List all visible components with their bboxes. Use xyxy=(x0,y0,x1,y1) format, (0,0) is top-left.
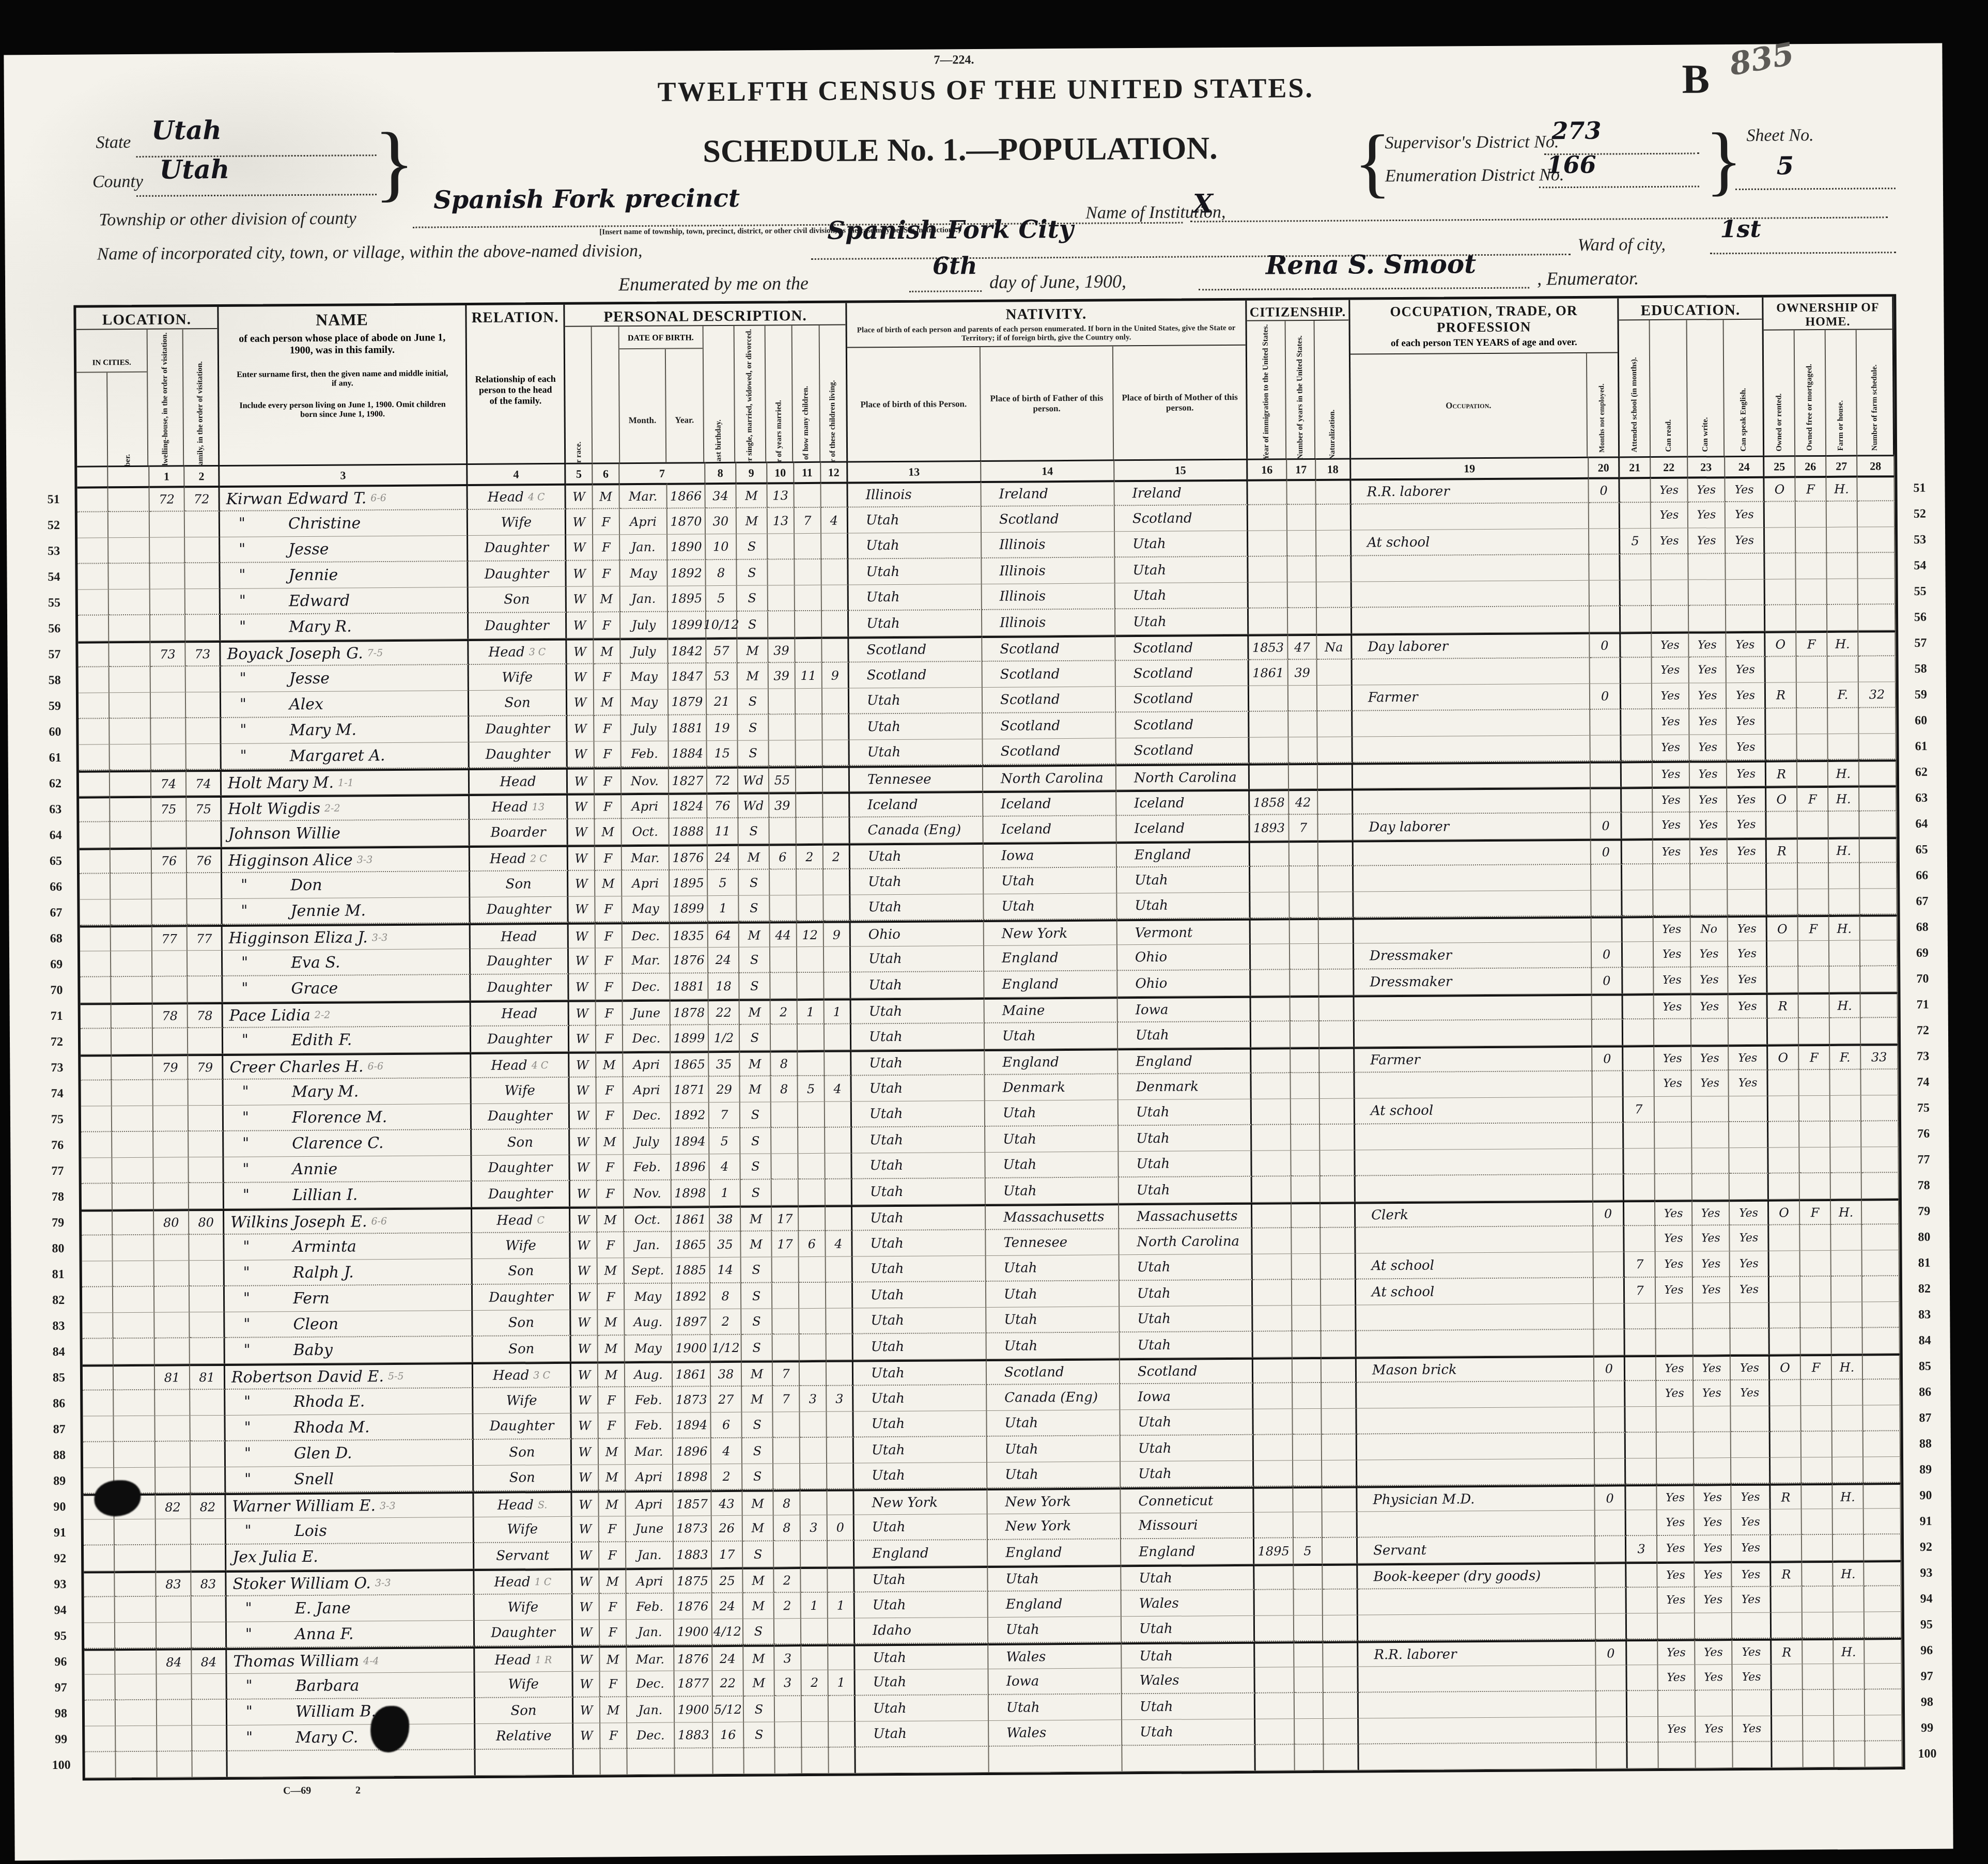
by-value: 1881 xyxy=(672,721,703,735)
cell-house xyxy=(109,589,150,615)
cell-pf: Illinois xyxy=(982,583,1115,610)
cell-pb: Utah xyxy=(853,1308,986,1334)
cell-pm xyxy=(1122,1745,1255,1772)
person-name: Creer Charles H. xyxy=(229,1058,363,1077)
cell-occ xyxy=(1355,1149,1593,1176)
cell-en: Yes xyxy=(1728,915,1767,941)
cell-dw: 76 xyxy=(152,847,187,873)
cell-mc xyxy=(798,1024,825,1050)
dw-value: 77 xyxy=(161,931,177,946)
by-value: 1875 xyxy=(677,1574,708,1588)
cell-street xyxy=(79,796,110,822)
cell-street xyxy=(81,1132,112,1158)
cell-dw xyxy=(152,899,187,925)
by-value: 1861 xyxy=(675,1367,707,1381)
cell-ym: 39 xyxy=(769,663,796,689)
cell-color: W xyxy=(572,1465,599,1491)
cell-sex: F xyxy=(593,509,620,535)
ms-value: M xyxy=(747,850,760,865)
line-number: 98 xyxy=(44,1701,78,1727)
cell-bm xyxy=(627,1749,675,1775)
yu-value: 42 xyxy=(1295,795,1311,810)
nativity-title: NATIVITY. xyxy=(847,301,1245,324)
cell-pm: Scotland xyxy=(1116,686,1249,713)
name-sub: of each person whose place of abode on J… xyxy=(219,329,465,357)
cell-age: 5/12 xyxy=(713,1697,744,1722)
relation-value: Son xyxy=(507,1135,533,1150)
cell-street xyxy=(81,1106,112,1132)
bm-value: Mar. xyxy=(629,489,658,504)
cell-en xyxy=(1728,864,1767,890)
cell-rel: Wife xyxy=(469,664,567,691)
cell-nat xyxy=(1319,1021,1355,1047)
cell-own xyxy=(1770,1432,1801,1457)
bm-value: May xyxy=(632,902,659,916)
cell-cl xyxy=(828,1644,855,1670)
cell-yu xyxy=(1292,1202,1321,1228)
cell-color: W xyxy=(569,1026,596,1052)
cell-street xyxy=(83,1416,114,1442)
cell-ms: M xyxy=(736,482,767,508)
cell-dw: 75 xyxy=(151,796,187,821)
cell-fs: 33 xyxy=(1861,1044,1898,1069)
cell-own: O xyxy=(1770,1354,1801,1380)
cell-fs: 32 xyxy=(1859,682,1896,708)
cell-pf: Massachusetts xyxy=(986,1203,1119,1230)
cell-by: 1866 xyxy=(667,483,705,508)
cell-rel: Head2 C xyxy=(470,845,568,872)
ms-value: M xyxy=(749,1082,762,1096)
pf-value: Illinois xyxy=(999,537,1045,553)
cell-yu xyxy=(1292,1254,1321,1280)
cell-color: W xyxy=(573,1594,600,1620)
cell-color: W xyxy=(567,613,594,639)
cell-age: 24 xyxy=(708,844,739,870)
ym-value: 17 xyxy=(777,1237,793,1251)
line-number: 80 xyxy=(41,1236,75,1262)
cell-pf: Utah xyxy=(985,1126,1119,1153)
pb-value: Ohio xyxy=(868,926,900,942)
cell-occ: Physician M.D. xyxy=(1357,1485,1595,1512)
pf-value: Utah xyxy=(1003,1105,1036,1121)
cell-own xyxy=(1767,941,1798,967)
cell-pm: Utah xyxy=(1122,1616,1255,1643)
mne-value: 0 xyxy=(1599,484,1607,498)
color-value: W xyxy=(576,1083,589,1097)
cell-house xyxy=(115,1519,156,1545)
cell-cl xyxy=(822,714,849,740)
ward-label: Ward of city, xyxy=(1578,235,1666,255)
cell-pb: Ohio xyxy=(851,920,984,947)
cell-house xyxy=(115,1571,156,1597)
pm-value: England xyxy=(1135,847,1191,863)
age-value: 24 xyxy=(715,850,731,865)
cell-fh: H. xyxy=(1831,1199,1862,1225)
cell-color: W xyxy=(566,484,593,509)
cell-ms: S xyxy=(739,947,770,973)
cell-occ xyxy=(1358,1511,1595,1538)
cell-rel: Head3 C xyxy=(469,639,567,665)
in-cities-box: IN CITIES. Street. House Number. xyxy=(76,330,149,466)
color-value: W xyxy=(575,876,588,891)
sex-value: F xyxy=(608,1599,617,1614)
pf-value: Iowa xyxy=(1006,1673,1039,1689)
cell-en xyxy=(1729,1096,1768,1122)
cell-bm: Jan. xyxy=(627,1620,674,1646)
bm-value: May xyxy=(630,669,658,684)
cell-iy xyxy=(1251,970,1290,996)
own-value: R xyxy=(1776,688,1785,702)
cell-dw: 73 xyxy=(150,641,185,666)
cell-fam: 79 xyxy=(188,1054,223,1080)
pf-value: Tennesee xyxy=(1003,1234,1067,1250)
relation-value: Head xyxy=(496,1213,533,1228)
cell-rel: Head4 C xyxy=(471,1052,569,1078)
ditto-mark: " xyxy=(239,515,245,532)
color-value: W xyxy=(573,566,586,581)
fh-value: H. xyxy=(1839,1205,1854,1220)
cell-sex: M xyxy=(598,1310,625,1335)
sex-value: F xyxy=(605,1108,614,1123)
sheet-line xyxy=(1735,187,1896,190)
line-number: 51 xyxy=(36,487,70,512)
sex-value: F xyxy=(605,1031,614,1046)
line-number: 66 xyxy=(39,874,73,900)
cell-occ xyxy=(1354,891,1591,918)
cell-rd xyxy=(1652,580,1689,606)
yu-value: 7 xyxy=(1299,820,1307,835)
cell-pm: Utah xyxy=(1117,893,1250,920)
cell-nat xyxy=(1323,1538,1358,1564)
pb-value: Utah xyxy=(866,615,900,631)
cell-iy xyxy=(1251,918,1290,944)
cell-yu xyxy=(1288,686,1317,711)
cell-fam: 73 xyxy=(185,641,221,666)
cell-pb: Tennesee xyxy=(850,765,983,792)
line-number: 82 xyxy=(1906,1276,1943,1302)
cell-occ xyxy=(1355,1020,1592,1047)
pf-value: Canada (Eng) xyxy=(1004,1389,1098,1405)
cell-ms: M xyxy=(742,1489,773,1515)
pf-value: Scotland xyxy=(1001,743,1061,759)
col-years-in-us: Number of years in the United States. xyxy=(1286,321,1316,459)
cell-fs xyxy=(1861,1069,1898,1095)
cell-sex: M xyxy=(595,819,622,845)
cell-mne xyxy=(1596,1665,1627,1691)
cell-house xyxy=(113,1313,154,1339)
cell-name: Stoker William O.3-3 xyxy=(226,1569,474,1596)
in-cities-label: IN CITIES. xyxy=(76,330,147,373)
cell-by: 1847 xyxy=(669,663,707,689)
pb-value: Illinois xyxy=(866,487,912,503)
cell-cl xyxy=(829,1721,856,1747)
line-number: 70 xyxy=(1904,966,1940,992)
pf-value: Scotland xyxy=(1000,692,1060,708)
cell-yu xyxy=(1294,1616,1323,1641)
cell-fh: H. xyxy=(1828,786,1859,812)
cell-color: W xyxy=(569,949,596,974)
cell-iy: 1853 xyxy=(1249,634,1288,660)
pf-value: Iowa xyxy=(1001,848,1034,863)
cell-by: 1897 xyxy=(672,1309,710,1335)
pb-value: Utah xyxy=(868,977,902,992)
line-number: 58 xyxy=(1903,656,1939,682)
cell-iy xyxy=(1255,1590,1294,1616)
cell-by: 1900 xyxy=(673,1335,711,1361)
cell-pb: Utah xyxy=(852,1204,986,1231)
sex-value: F xyxy=(606,1238,615,1252)
cell-by: 1892 xyxy=(671,1102,709,1128)
cell-fam: 78 xyxy=(188,1002,223,1028)
cell-cl xyxy=(824,973,851,999)
line-number: 96 xyxy=(43,1649,77,1675)
cell-yu xyxy=(1287,531,1316,556)
rd-value: Yes xyxy=(1660,534,1679,547)
cell-rel: Daughter xyxy=(472,1181,570,1207)
cell-color: W xyxy=(570,1104,597,1129)
cell-nat xyxy=(1322,1357,1357,1383)
cell-cl: 4 xyxy=(825,1076,851,1102)
cell-pf: Ireland xyxy=(981,480,1114,507)
pf-value: Ireland xyxy=(999,486,1048,502)
fam-value: 73 xyxy=(195,647,211,661)
cell-pf: Iowa xyxy=(988,1668,1122,1695)
relation-value: Son xyxy=(504,592,530,607)
ym-value: 6 xyxy=(779,850,786,864)
cell-pb: Utah xyxy=(853,1385,987,1412)
cell-rd: Yes xyxy=(1658,1665,1695,1691)
cell-en: Yes xyxy=(1727,709,1766,735)
cell-wr: Yes xyxy=(1688,476,1725,502)
pm-value: Utah xyxy=(1140,1699,1173,1714)
cell-fh: H. xyxy=(1826,476,1857,502)
cell-by: 1879 xyxy=(669,689,707,715)
cell-cl xyxy=(829,1696,856,1721)
enumerator-line xyxy=(1199,286,1529,290)
cell-ym xyxy=(772,1309,799,1334)
cell-fm xyxy=(1796,502,1827,527)
cell-cl xyxy=(827,1489,854,1515)
bm-value: July xyxy=(632,617,656,632)
cell-street xyxy=(84,1571,115,1597)
cell-rd xyxy=(1655,1123,1692,1148)
cell-iy xyxy=(1253,1306,1292,1331)
cell-bm: May xyxy=(622,896,670,923)
iy-value: 1858 xyxy=(1253,795,1285,810)
cell-yu xyxy=(1295,1719,1324,1745)
by-value: 1896 xyxy=(674,1159,706,1174)
pm-value: Scotland xyxy=(1133,691,1193,707)
ms-value: M xyxy=(751,1521,764,1535)
color-value: W xyxy=(580,1677,593,1691)
cell-wr xyxy=(1693,1303,1730,1329)
cell-name: Warner William E.3-3 xyxy=(226,1492,474,1519)
bm-value: Feb. xyxy=(635,1418,662,1433)
line-number: 95 xyxy=(1908,1612,1945,1638)
cell-house xyxy=(113,1261,154,1287)
occ-value: Dressmaker xyxy=(1370,974,1452,990)
cell-own xyxy=(1772,1690,1803,1716)
cell-fm xyxy=(1803,1612,1834,1638)
cell-mc xyxy=(799,1309,826,1334)
bm-value: Feb. xyxy=(635,1392,662,1407)
ms-value: Wd xyxy=(743,799,764,813)
sex-value: M xyxy=(606,1574,619,1589)
cell-sch xyxy=(1620,503,1651,529)
cell-cl: 1 xyxy=(828,1592,855,1618)
cell-ym xyxy=(770,947,797,973)
cell-sex: M xyxy=(598,1335,625,1361)
person-name: E. Jane xyxy=(295,1599,351,1618)
cell-sex xyxy=(600,1749,627,1775)
cell-en: Yes xyxy=(1725,476,1764,502)
cell-mc: 1 xyxy=(798,999,825,1024)
cell-street xyxy=(83,1339,114,1364)
enumerator-label: , Enumerator. xyxy=(1537,267,1639,289)
en-value: Yes xyxy=(1736,663,1755,676)
cell-pf: Illinois xyxy=(982,609,1115,636)
page-title: TWELFTH CENSUS OF THE UNITED STATES. xyxy=(459,71,1513,109)
line-number: 71 xyxy=(1905,992,1941,1018)
cell-ym xyxy=(771,1024,798,1050)
by-value: 1890 xyxy=(671,539,702,554)
cell-sch xyxy=(1624,1123,1655,1148)
cell-rd xyxy=(1653,864,1690,890)
cell-iy xyxy=(1255,1693,1295,1719)
cell-ym xyxy=(772,1283,799,1309)
line-number: 55 xyxy=(1902,579,1938,604)
cell-house xyxy=(114,1416,155,1442)
cell-wr: Yes xyxy=(1691,1070,1729,1096)
color-value: W xyxy=(579,1575,592,1589)
by-value: 1842 xyxy=(671,644,703,658)
cell-fm: F xyxy=(1800,1199,1831,1225)
cell-pf: England xyxy=(985,1048,1118,1075)
cell-en: Yes xyxy=(1727,786,1766,812)
cell-age: 4 xyxy=(709,1154,740,1180)
cell-en: Yes xyxy=(1731,1484,1770,1510)
cell-rd xyxy=(1658,1613,1695,1639)
pf-value: New York xyxy=(1005,1518,1071,1534)
fm-value: F xyxy=(1810,1050,1819,1065)
cell-by: 1899 xyxy=(668,612,706,638)
cell-age: 29 xyxy=(709,1077,740,1102)
cell-rd: Yes xyxy=(1657,1562,1695,1588)
cell-own xyxy=(1769,1251,1800,1277)
cell-fm xyxy=(1798,889,1829,915)
cell-fam: 84 xyxy=(192,1648,227,1674)
cell-fh: H. xyxy=(1828,760,1859,786)
cell-pf: Scotland xyxy=(982,635,1115,662)
cell-by: 1835 xyxy=(670,922,708,947)
cell-rel: Son xyxy=(473,1310,571,1337)
cell-own xyxy=(1769,1328,1800,1354)
person-name: Jex Julia E. xyxy=(232,1548,318,1566)
cell-pf: New York xyxy=(987,1487,1121,1514)
cell-pm: Wales xyxy=(1122,1668,1255,1695)
colnum-28: 28 xyxy=(1857,455,1894,475)
ms-value: M xyxy=(750,1237,763,1251)
cell-pb: Utah xyxy=(848,533,982,560)
cell-fh xyxy=(1829,941,1860,967)
cell-yu xyxy=(1287,479,1316,505)
color-value: W xyxy=(573,618,586,632)
line-number: 73 xyxy=(1905,1044,1941,1069)
pm-value: Utah xyxy=(1136,1027,1169,1043)
cell-sch xyxy=(1626,1433,1657,1458)
cell-sch xyxy=(1621,580,1652,606)
cell-fm xyxy=(1796,579,1827,605)
cell-fh: H. xyxy=(1827,631,1858,657)
cell-sex: M xyxy=(600,1697,627,1723)
en-value: Yes xyxy=(1741,1491,1760,1504)
cell-mne xyxy=(1596,1588,1627,1613)
cell-fam: 74 xyxy=(187,770,222,796)
header-relation: RELATION. Relationship of each person to… xyxy=(467,305,566,463)
pf-value: Scotland xyxy=(1000,641,1060,657)
cell-color: W xyxy=(567,587,594,613)
line-number: 78 xyxy=(41,1184,75,1210)
form-number: 7—224. xyxy=(934,53,974,67)
cell-house xyxy=(110,744,151,770)
cell-nat xyxy=(1322,1383,1357,1409)
cell-street xyxy=(84,1623,115,1649)
cell-cl xyxy=(826,1308,853,1334)
cell-wr: Yes xyxy=(1689,735,1727,760)
line-number: 80 xyxy=(1906,1224,1942,1250)
cell-fm xyxy=(1800,1225,1831,1251)
cell-pm: Iowa xyxy=(1118,996,1251,1023)
institution-line xyxy=(1190,216,1888,222)
cell-rd: Yes xyxy=(1653,761,1690,787)
cell-dw xyxy=(154,1312,190,1338)
cell-house xyxy=(110,770,151,796)
sex-value: F xyxy=(608,1548,617,1562)
cell-mc xyxy=(802,1696,829,1722)
cell-age: 24 xyxy=(712,1593,743,1619)
fh-value: F. xyxy=(1838,688,1849,702)
cell-fm xyxy=(1802,1535,1833,1561)
cell-fh xyxy=(1833,1535,1864,1561)
cell-pf: Utah xyxy=(987,1462,1121,1488)
ym-value: 8 xyxy=(783,1520,790,1535)
cell-rd xyxy=(1656,1329,1693,1355)
cell-fs xyxy=(1865,1664,1902,1689)
ym-value: 2 xyxy=(780,1005,787,1019)
cell-fh xyxy=(1831,1277,1862,1302)
cell-own xyxy=(1766,657,1797,682)
mc-value: 12 xyxy=(802,927,818,942)
cell-nat xyxy=(1317,737,1353,763)
cell-mc xyxy=(801,1644,828,1670)
cell-ms: S xyxy=(741,1283,772,1309)
cell-occ xyxy=(1357,1459,1595,1486)
cell-street xyxy=(77,538,108,564)
rd-value: Yes xyxy=(1661,716,1680,728)
age-value: 17 xyxy=(719,1547,735,1561)
cell-dw xyxy=(150,563,185,589)
line-number: 65 xyxy=(39,848,73,874)
cell-own xyxy=(1765,502,1796,527)
pm-value: Iowa xyxy=(1136,1002,1169,1018)
cell-street xyxy=(82,1235,113,1261)
cell-wr xyxy=(1694,1406,1731,1432)
cell-house xyxy=(116,1674,157,1700)
cell-fam xyxy=(186,666,221,692)
bm-value: Apri xyxy=(635,1470,662,1484)
cell-fs xyxy=(1857,475,1894,501)
cell-fs xyxy=(1863,1457,1901,1483)
